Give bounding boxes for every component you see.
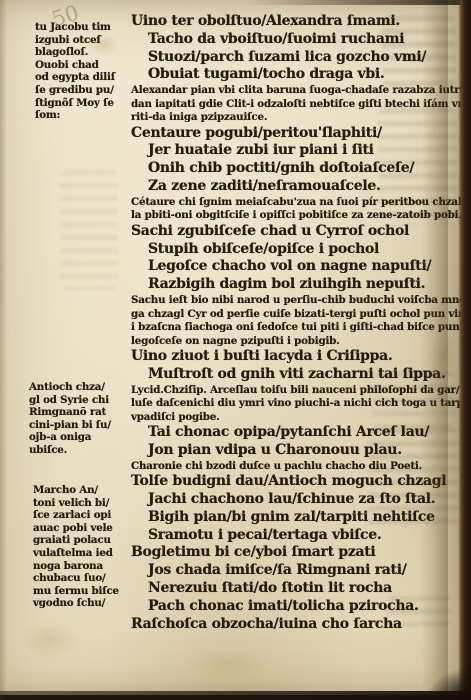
gloss-line: Lycid.Chziſip. Arceſlau toiſu bili nauce… [131,384,464,398]
gloss-line: luſe daſcenichi diu ymri vino piuchi-a n… [131,397,464,411]
verse-line: Bigih pian/bi gnim zal/tarpiti nehtiſce [131,509,464,527]
margin-note-line: ubiſce. [29,444,111,457]
margin-note: tu Jacobu timizgubi otceſblagoſloſ.Ouobi… [35,21,115,122]
verse-line: Muſtroſt od gnih viti zacharni tai ſippa… [131,366,464,384]
margin-note-line: gl od Syrie chi [29,394,111,407]
gloss-line: Alexandar pian vbi clita baruna ſuoga-ch… [131,84,464,98]
gloss-line: i bzaſcna ſiachoga oni ſedoſce tui piti … [131,321,464,335]
gloss-line: ga chzagl Cyr od perſie cuiſe bizati-ter… [131,308,464,322]
gloss-line: dan iapitati gdie Clit-i odzaloſti nebti… [131,98,464,112]
margin-note-line: chubacu ſuo/ [33,572,119,585]
bleedthrough-smudge [59,170,118,291]
page-corner-shadow [425,666,471,700]
verse-line: Razbigih dagim bol ziuihgih nepuſti. [131,276,464,294]
verse-line: Sachi zgubiſceſe chad u Cyrroſ ochol [131,223,464,241]
verse-line: Tolſe budigni dau/Antioch moguch chzagl [131,473,464,491]
margin-note-line: od egypta diliſ [35,71,115,84]
margin-note-line: vulaſtelma ied [33,547,119,560]
gloss-line: vpadiſci pogibe. [131,411,464,425]
verse-line: Centaure pogubi/peritou'ſlaphiti/ [131,125,464,143]
verse-line: Onih chib poctiti/gnih doſtoiaſceſe/ [131,160,464,178]
body-text: Uino ter obolſtuo/Alexandra ſmami.Tacho … [131,13,464,633]
margin-note-line: noga barona [33,560,119,573]
margin-note-line: ſtignõſ Moy ſe [35,97,115,110]
gloss-line: riti-da iniga pzipzauiſce. [131,111,464,125]
verse-line: Uino ziuot i buſti lacyda i Criſippa. [131,348,464,366]
margin-note: Marcho An/toni velich bi/ſce zarlaci opi… [33,484,119,610]
verse-line: Jer huataie zubi iur piani i ſiti [131,142,464,160]
margin-note-line: graiati polacu [33,534,119,547]
margin-note-line: ſce zarlaci opi [33,509,119,522]
verse-line: Stupih obiſceſe/opiſce i pochol [131,241,464,259]
margin-note-line: blagoſloſ. [35,46,115,59]
foxing-stain [180,648,276,678]
margin-note-line: ſe gredibu pu/ [35,84,115,97]
verse-line: Jachi chachono lau/ſchinue za ſto ſtal. [131,491,464,509]
gloss-line: legoſceſe on nagne pzipuſti i pobigib. [131,335,464,349]
margin-note-line: ſom: [35,109,115,122]
verse-line: Jos chada imiſce/ſa Rimgnani rati/ [131,562,464,580]
margin-note: Antioch chza/gl od Syrie chiRimgnanō rat… [29,381,111,457]
paper-page: 50 tu Jacobu timizgubi otceſblagoſloſ.Ou… [0,0,464,695]
margin-note-line: izgubi otceſ [35,34,115,47]
verse-line: Uino ter obolſtuo/Alexandra ſmami. [131,13,464,31]
margin-note-line: Marcho An/ [33,484,119,497]
gloss-line: Charonie chi bzodi duſce u pachlu chacho… [131,460,464,474]
margin-note-line: cini-pian bi ſu/ [29,419,111,432]
margin-note-line: Ouobi chad [35,59,115,72]
page-edge-left [0,0,7,700]
page-curve-shadow [422,0,448,695]
margin-note-line: vgodno ſchu/ [33,597,119,610]
verse-line: Jon pian vdipa u Charonouu plau. [131,442,464,460]
margin-note-line: auac pobi vele [33,522,119,535]
gloss-line: la pbiti-oni obgitſciſe i opiſſci pobiti… [131,209,464,223]
margin-note-line: toni velich bi/ [33,497,119,510]
margin-note-line: Rimgnanō rat [29,406,111,419]
verse-line: Raſchoſca obzocha/iuina cho ſarcha [131,616,464,634]
verse-line: Obuiat tugami/tocho draga vbi. [131,66,464,84]
verse-line: Za zene zaditi/neſramouaſcele. [131,178,464,196]
margin-note-line: tu Jacobu tim [35,21,115,34]
verse-line: Sramotu i pecai/tertaga vbiſce. [131,527,464,545]
verse-line: Legoſce chacho vol on nagne napuſti/ [131,258,464,276]
verse-line: Pach chonac imati/tolicha pzirocha. [131,598,464,616]
book-page-scan: 50 tu Jacobu timizgubi otceſblagoſloſ.Ou… [0,0,471,700]
page-edge-right [458,0,471,700]
foxing-stain [20,620,80,660]
margin-note-line: mu ſermu biſce [33,585,119,598]
gloss-line: Sachu ieſt bio nibi narod u perſiu-chib … [131,294,464,308]
verse-line: Tai chonac opipa/pytanſchi Arceſ lau/ [131,424,464,442]
page-edge-top [245,0,471,5]
verse-line: Nerezuiu ſtati/do ſtotin lit rocha [131,580,464,598]
verse-line: Tacho da vboiſtuo/ſuoimi ruchami [131,31,464,49]
margin-note-line: Antioch chza/ [29,381,111,394]
gloss-line: Cétaure chi ſgnim meiaſcabu'zua na ſuoi … [131,196,464,210]
verse-line: Stuozi/parch ſuzami lica gozcho vmi/ [131,49,464,67]
page-edge-bottom [0,691,471,700]
verse-line: Bogletimu bi ce/yboi ſmart pzati [131,544,464,562]
margin-note-line: ojb-a oniga [29,431,111,444]
